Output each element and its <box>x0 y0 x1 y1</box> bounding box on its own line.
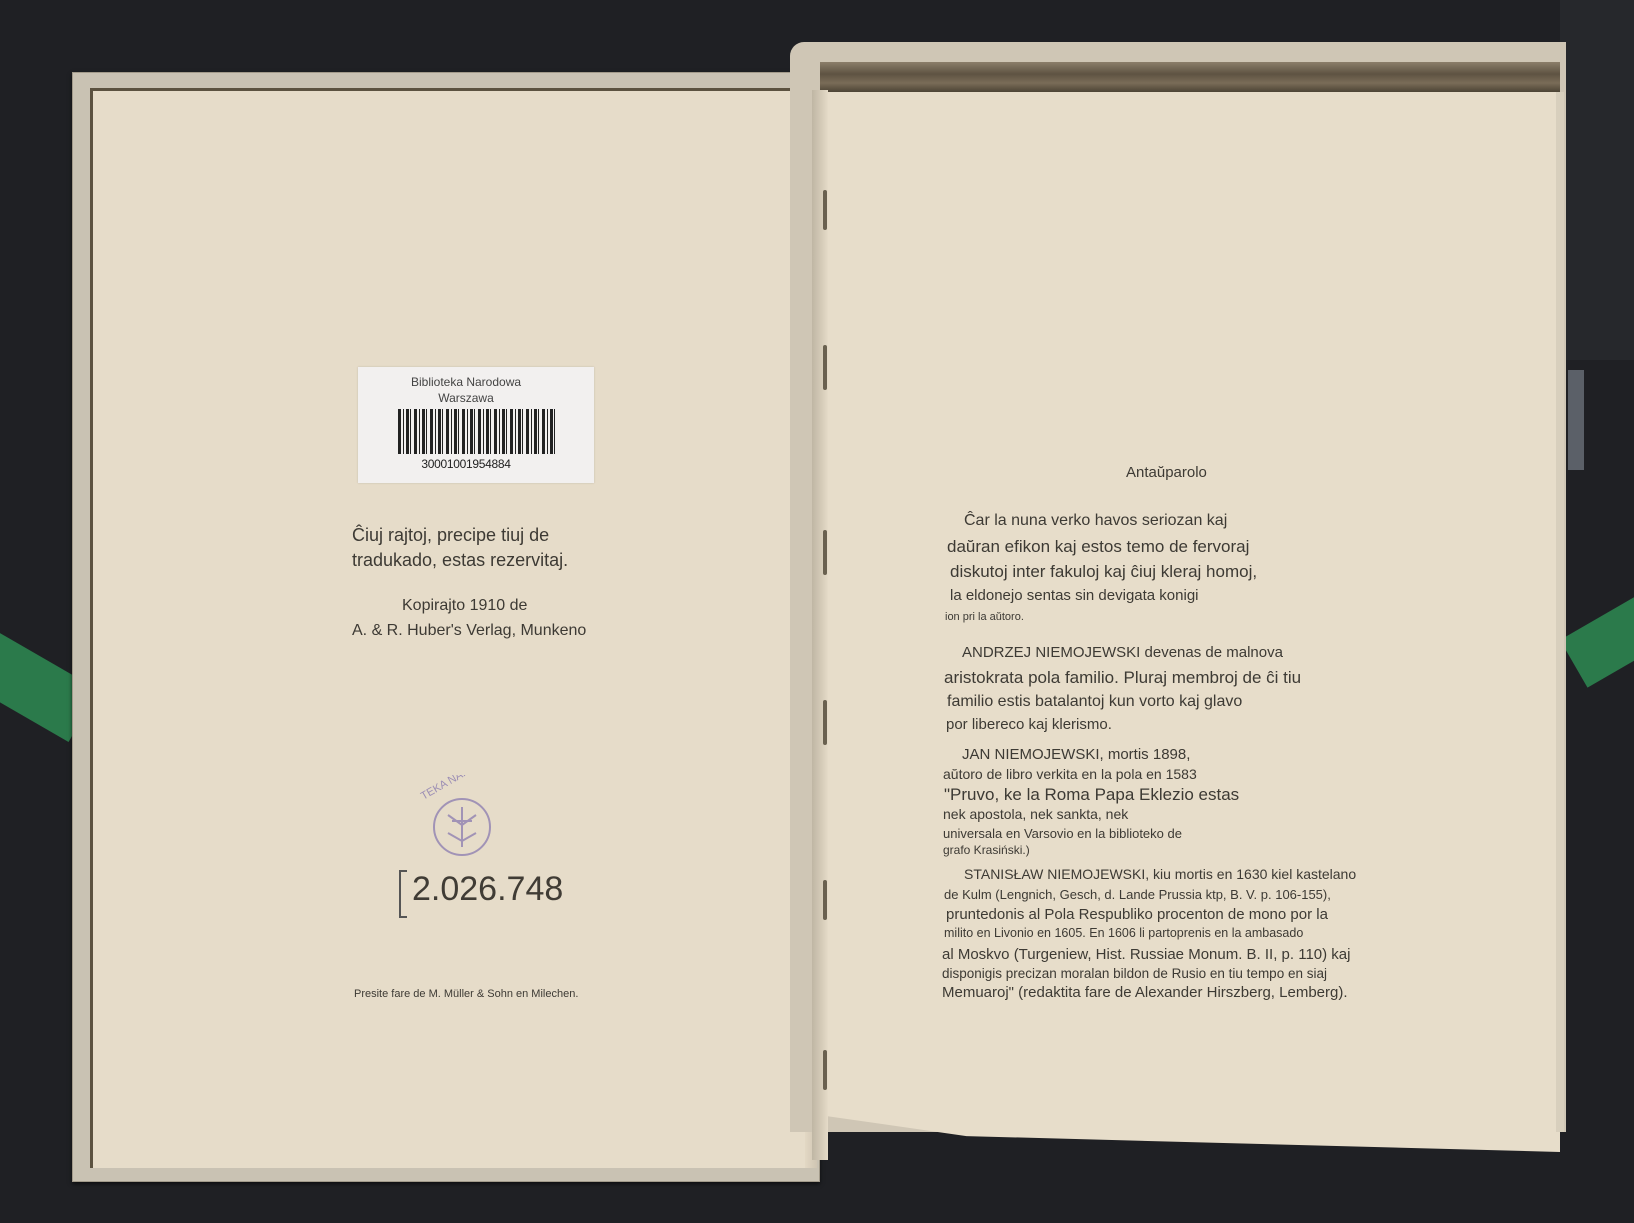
library-city: Warszawa <box>358 391 574 405</box>
copyright-line: Kopirajto 1910 de <box>402 597 527 615</box>
text-line: disponigis precizan moralan bildon de Ru… <box>942 966 1327 981</box>
binding-stitch <box>823 1050 827 1090</box>
text-line: STANISŁAW NIEMOJEWSKI, kiu mortis en 163… <box>964 866 1356 882</box>
binding-stitch <box>823 700 827 745</box>
text-line: JAN NIEMOJEWSKI, mortis 1898, <box>962 746 1190 763</box>
text-line: nek apostola, nek sankta, nek <box>943 806 1128 822</box>
book-gutter <box>812 90 828 1160</box>
barcode-number: 30001001954884 <box>358 457 574 471</box>
text-line: Memuaroj" (redaktita fare de Alexander H… <box>942 984 1348 1001</box>
text-line: ANDRZEJ NIEMOJEWSKI devenas de malnova <box>962 644 1283 661</box>
page-title: Antaŭparolo <box>1126 464 1207 481</box>
binding-stitch <box>823 880 827 920</box>
library-name: Biblioteka Narodowa <box>358 375 574 389</box>
library-barcode-label: Biblioteka Narodowa Warszawa 30001001954… <box>358 367 594 483</box>
copyright-line: A. & R. Huber's Verlag, Munkeno <box>352 622 586 640</box>
barcode-icon <box>398 409 556 454</box>
text-line: aŭtoro de libro verkita en la pola en 15… <box>943 766 1197 782</box>
call-number: 2.026.748 <box>412 870 563 909</box>
text-line: aristokrata pola familio. Pluraj membroj… <box>944 668 1301 688</box>
text-line: la eldonejo sentas sin devigata konigi <box>950 587 1199 604</box>
printer-credit: Presite fare de M. Müller & Sohn en Mile… <box>354 988 578 1000</box>
call-number-bracket <box>399 870 407 918</box>
text-line: pruntedonis al Pola Respubliko procenton… <box>946 906 1328 923</box>
text-line: Ĉar la nuna verko havos seriozan kaj <box>964 512 1227 530</box>
rights-notice-line: tradukado, estas rezervitaj. <box>352 550 568 571</box>
binding-stitch <box>823 530 827 575</box>
text-line: diskutoj inter fakuloj kaj ĉiuj kleraj h… <box>950 562 1257 582</box>
binding-stitch <box>823 190 827 230</box>
text-line: de Kulm (Lengnich, Gesch, d. Lande Pruss… <box>944 887 1331 902</box>
text-line: al Moskvo (Turgeniew, Hist. Russiae Monu… <box>942 946 1351 963</box>
background-green-stripe-right <box>1560 570 1634 688</box>
background-grey-bar <box>1568 370 1584 470</box>
page-block-top-edge <box>820 62 1560 92</box>
right-page-edge <box>1556 92 1564 1132</box>
text-line: universala en Varsovio en la biblioteko … <box>943 826 1182 841</box>
text-line: daŭran efikon kaj estos temo de fervoraj <box>947 537 1249 557</box>
text-line: ion pri la aŭtoro. <box>945 611 1024 623</box>
text-line: por libereco kaj klerismo. <box>946 716 1112 733</box>
text-line: familio estis batalantoj kun vorto kaj g… <box>947 693 1242 711</box>
background-panel <box>1560 0 1634 360</box>
text-line: grafo Krasiński.) <box>943 843 1030 857</box>
library-stamp-icon: TEKA NAR <box>412 775 512 875</box>
text-line: "Pruvo, ke la Roma Papa Eklezio estas <box>944 785 1239 805</box>
binding-stitch <box>823 345 827 390</box>
rights-notice-line: Ĉiuj rajtoj, precipe tiuj de <box>352 525 549 546</box>
text-line: milito en Livonio en 1605. En 1606 li pa… <box>944 926 1303 940</box>
